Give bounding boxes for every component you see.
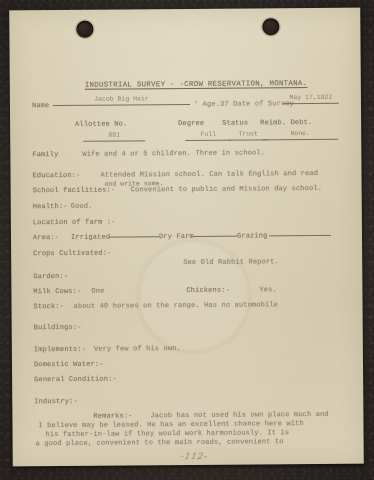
status-header: Status: [222, 120, 248, 129]
crops-note: See Old Rabbit Report.: [183, 258, 279, 268]
document-title: INDUSTRIAL SURVEY - -CROW RESERVATION, M…: [85, 80, 308, 91]
allottee-no-header: Allottee No.: [75, 120, 127, 129]
page-number: -112-: [180, 453, 209, 462]
school-facilities-label: School facilities:-: [33, 187, 116, 197]
milk-cows-value: One: [91, 288, 104, 297]
remarks-label: Remarks:-: [93, 412, 132, 421]
stock-label: Stock:-: [34, 303, 65, 312]
education-label: Education:-: [32, 172, 80, 181]
chickens-label: Chickens:-: [186, 287, 230, 296]
garden-label: Garden:-: [33, 273, 68, 282]
school-facilities-value: Convenient to public and Mission day sch…: [131, 185, 323, 196]
crops-cultivated-label: Crops Cultivated:-: [33, 250, 111, 260]
age-survey-label: ' Age.37 Date of Survey: [194, 100, 294, 110]
area-dry-farm-blank: [193, 227, 237, 237]
degree-header: Degree: [178, 120, 204, 129]
implements-label: Implements:-: [34, 346, 86, 355]
photo-of-document: { "title": "INDUSTRIAL SURVEY - -CROW RE…: [0, 0, 374, 480]
area-irrigated-label: Irrigated: [71, 234, 110, 243]
family-label: Family: [32, 151, 58, 160]
reimb-debt-header: Reimb. Debt.: [260, 119, 312, 128]
name-value-blank: Jacob Big Hair: [53, 95, 190, 106]
survey-document-page: INDUSTRIAL SURVEY - -CROW RESERVATION, M…: [9, 8, 364, 467]
implements-value: Very few of his own.: [94, 345, 181, 355]
allottee-no-value: 881: [83, 131, 145, 141]
chickens-value: Yes.: [259, 286, 276, 295]
family-value: Wife and 4 or 5 children. Three in schoo…: [82, 149, 265, 159]
area-grazing-label: Grazing: [237, 232, 268, 241]
general-condition-label: General Condition:-: [34, 376, 117, 386]
area-irrigated-blank: [109, 227, 159, 237]
domestic-water-label: Domestic Water:-: [34, 361, 104, 371]
punch-hole-right: [262, 18, 279, 35]
survey-date-value: May 17,1922: [283, 94, 339, 104]
reimb-debt-value: None.: [262, 130, 338, 141]
milk-cows-label: Milk Cows:-: [33, 288, 81, 297]
punch-hole-left: [76, 21, 93, 38]
area-grazing-blank: [269, 226, 331, 236]
stock-value: about 40 horses on the range. Has no aut…: [74, 301, 279, 312]
remarks-line-4: a good place, convenient to the main roa…: [36, 438, 284, 449]
name-label: Name: [32, 102, 49, 111]
area-dry-farm-label: Dry Farm: [159, 233, 194, 242]
area-label: Area:-: [33, 234, 59, 243]
location-of-farm-label: Location of farm :-: [33, 219, 116, 229]
degree-value: Full: [185, 131, 231, 141]
health-value: Good.: [71, 203, 93, 212]
health-label: Health:-: [33, 203, 68, 212]
industry-label: Industry:-: [34, 398, 78, 407]
buildings-label: Buildings:-: [34, 324, 82, 333]
